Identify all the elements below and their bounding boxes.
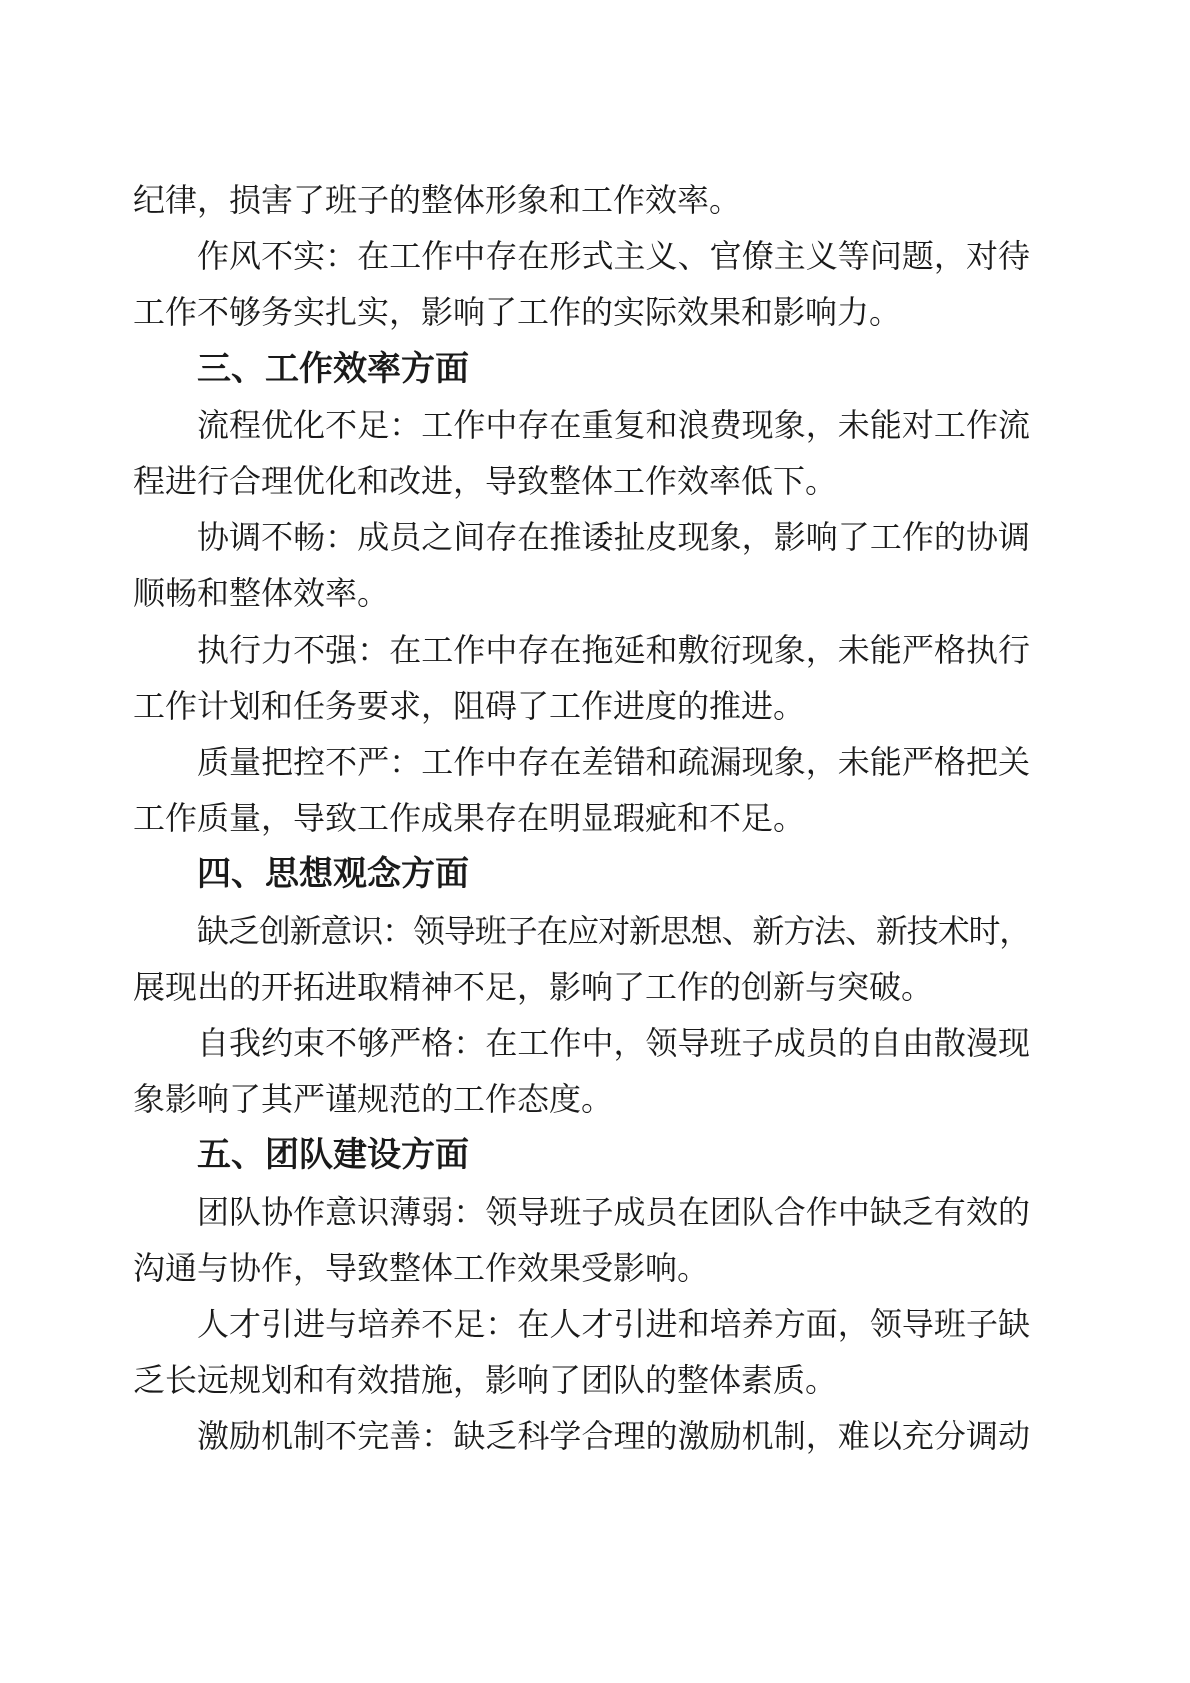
text-line: 顺畅和整体效率。 xyxy=(133,565,1030,621)
text-line: 象影响了其严谨规范的工作态度。 xyxy=(133,1071,1030,1127)
text-line: 协调不畅：成员之间存在推诿扯皮现象，影响了工作的协调 xyxy=(133,509,1030,565)
text-line: 乏长远规划和有效措施，影响了团队的整体素质。 xyxy=(133,1352,1030,1408)
text-block: 纪律，损害了班子的整体形象和工作效率。作风不实：在工作中存在形式主义、官僚主义等… xyxy=(133,172,1030,1465)
text-line: 作风不实：在工作中存在形式主义、官僚主义等问题，对待 xyxy=(133,228,1030,284)
text-line: 工作不够务实扎实，影响了工作的实际效果和影响力。 xyxy=(133,284,1030,340)
document-page: 纪律，损害了班子的整体形象和工作效率。作风不实：在工作中存在形式主义、官僚主义等… xyxy=(0,0,1190,1683)
text-line: 展现出的开拓进取精神不足，影响了工作的创新与突破。 xyxy=(133,959,1030,1015)
text-line: 团队协作意识薄弱：领导班子成员在团队合作中缺乏有效的 xyxy=(133,1184,1030,1240)
text-line: 激励机制不完善：缺乏科学合理的激励机制，难以充分调动 xyxy=(133,1408,1030,1464)
text-line: 质量把控不严：工作中存在差错和疏漏现象，未能严格把关 xyxy=(133,734,1030,790)
text-line: 缺乏创新意识：领导班子在应对新思想、新方法、新技术时， xyxy=(133,903,1030,959)
text-line: 自我约束不够严格：在工作中，领导班子成员的自由散漫现 xyxy=(133,1015,1030,1071)
section-heading: 四、思想观念方面 xyxy=(133,846,1030,902)
text-line: 工作计划和任务要求，阻碍了工作进度的推进。 xyxy=(133,678,1030,734)
text-line: 流程优化不足：工作中存在重复和浪费现象，未能对工作流 xyxy=(133,397,1030,453)
text-line: 程进行合理优化和改进，导致整体工作效率低下。 xyxy=(133,453,1030,509)
text-line: 沟通与协作，导致整体工作效果受影响。 xyxy=(133,1240,1030,1296)
text-line: 执行力不强：在工作中存在拖延和敷衍现象，未能严格执行 xyxy=(133,622,1030,678)
section-heading: 五、团队建设方面 xyxy=(133,1127,1030,1183)
text-line: 纪律，损害了班子的整体形象和工作效率。 xyxy=(133,172,1030,228)
section-heading: 三、工作效率方面 xyxy=(133,341,1030,397)
text-line: 人才引进与培养不足：在人才引进和培养方面，领导班子缺 xyxy=(133,1296,1030,1352)
text-line: 工作质量，导致工作成果存在明显瑕疵和不足。 xyxy=(133,790,1030,846)
